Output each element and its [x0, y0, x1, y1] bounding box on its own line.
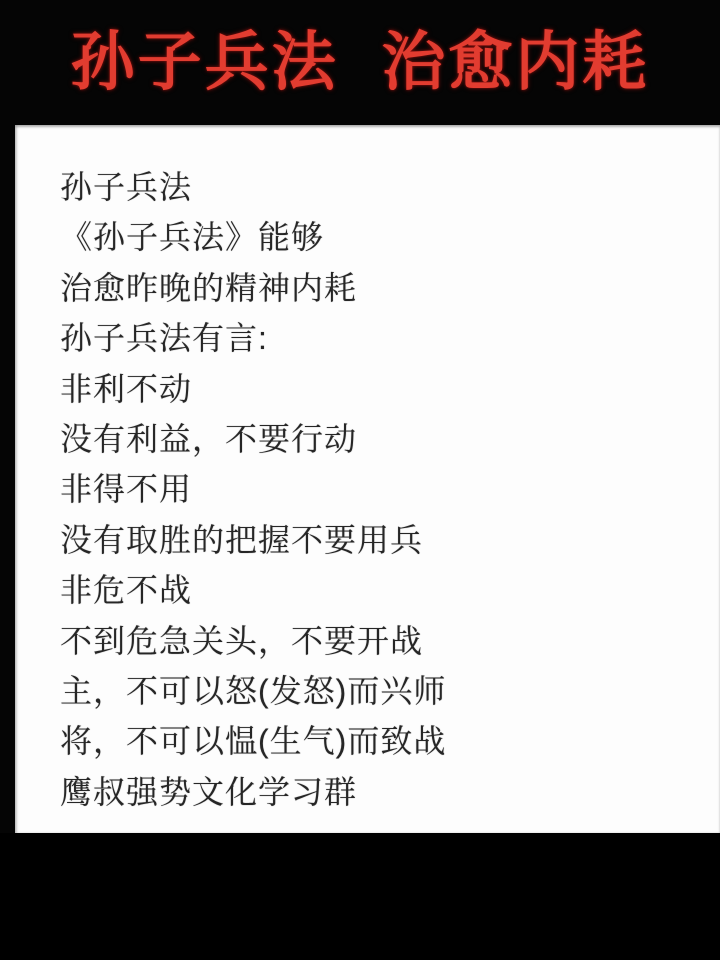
text-card-content: 孙子兵法 《孙子兵法》能够 治愈昨晚的精神内耗 孙子兵法有言: 非利不动 没有利… [15, 125, 720, 817]
text-line: 主，不可以怒(发怒)而兴师 [60, 666, 704, 716]
text-line: 没有利益，不要行动 [60, 414, 704, 464]
text-line: 将，不可以愠(生气)而致战 [60, 716, 704, 766]
video-frame: 孙子兵法 治愈内耗 孙子兵法 《孙子兵法》能够 治愈昨晚的精神内耗 孙子兵法有言… [0, 0, 720, 960]
title-band: 孙子兵法 治愈内耗 [0, 0, 720, 125]
page-title: 孙子兵法 治愈内耗 [0, 14, 720, 110]
text-line: 孙子兵法有言: [60, 313, 704, 363]
text-line: 治愈昨晚的精神内耗 [60, 263, 704, 313]
text-line: 孙子兵法 [60, 162, 704, 212]
text-line: 非利不动 [60, 364, 704, 414]
text-line: 不到危急关头，不要开战 [60, 616, 704, 666]
bottom-band [0, 833, 720, 960]
text-line: 非危不战 [60, 565, 704, 615]
text-line: 非得不用 [60, 464, 704, 514]
text-line: 《孙子兵法》能够 [60, 212, 704, 262]
text-line: 没有取胜的把握不要用兵 [60, 515, 704, 565]
text-card: 孙子兵法 《孙子兵法》能够 治愈昨晚的精神内耗 孙子兵法有言: 非利不动 没有利… [15, 125, 720, 833]
text-line: 鹰叔强势文化学习群 [60, 767, 704, 817]
